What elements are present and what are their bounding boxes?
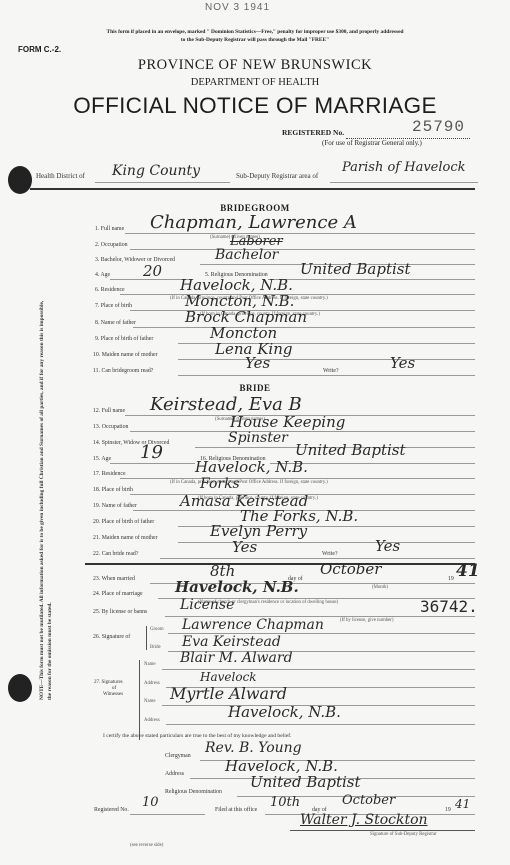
bride-father-birthplace-label: 20. Place of birth of father <box>93 519 154 525</box>
filing-registered-no-value: 10 <box>142 795 159 810</box>
witness2-address-label: Address <box>144 718 160 723</box>
residence-sublabel: (If in Canada, province, county and Post… <box>170 480 328 485</box>
witnesses-label: 27. Signatures <box>94 680 123 685</box>
clergyman-address-label: Address <box>165 771 184 777</box>
groom-age-label: 4. Age <box>95 272 110 278</box>
bride-residence-label: 17. Residence <box>93 471 126 477</box>
witness2-name-label: Name <box>144 699 155 704</box>
marriage-notice-document: NOV 3 1941 This form if placed in an env… <box>0 0 510 865</box>
groom-birthplace-label: 7. Place of birth <box>95 303 132 309</box>
bride-father-name-label: 19. Name of father <box>93 503 137 509</box>
health-district-line <box>95 182 230 183</box>
license-or-banns-label: 25. By license or banns <box>93 609 147 615</box>
postal-notice-line-2: to the Sub-Deputy Registrar will pass th… <box>10 36 500 44</box>
field-line <box>130 249 475 250</box>
field-line <box>178 375 475 376</box>
groom-full-name-label: 1. Full name <box>95 226 124 232</box>
bride-residence-value: Havelock, N.B. <box>195 458 308 476</box>
bride-can-write-value: Yes <box>375 537 400 555</box>
groom-marital-status-label: 3. Bachelor, Widower or Divorced <box>95 257 175 263</box>
field-line <box>268 279 475 280</box>
received-date-stamp: NOV 3 1941 <box>205 2 270 13</box>
bride-signature: Eva Keirstead <box>182 634 281 650</box>
field-line <box>110 463 195 464</box>
bride-full-name-label: 12. Full name <box>93 408 125 414</box>
witness2-name: Myrtle Alward <box>170 684 287 703</box>
groom-father-name-label: 8. Name of father <box>95 320 136 326</box>
groom-can-write-value: Yes <box>390 354 415 372</box>
bride-age-label: 15. Age <box>93 456 111 462</box>
witnesses-label-witnesses: Witnesses <box>103 692 123 697</box>
certification-statement: I certify the above stated particulars a… <box>103 733 292 739</box>
when-married-year: 41 <box>456 561 480 581</box>
document-title: OFFICIAL NOTICE OF MARRIAGE <box>0 93 510 119</box>
health-district-value: King County <box>112 163 200 179</box>
bride-religion-value: United Baptist <box>295 441 406 459</box>
place-of-marriage-value: Havelock, N.B. <box>175 578 299 596</box>
year-prefix: 19 <box>448 576 454 582</box>
signature-of-label: 26. Signature of <box>93 634 130 640</box>
witness1-address-label: Address <box>144 681 160 686</box>
groom-mother-maiden-label: 10. Maiden name of mother <box>93 352 158 358</box>
field-line <box>130 814 205 815</box>
form-number: FORM C.-2. <box>18 45 61 54</box>
field-line <box>120 294 475 295</box>
license-number: 36742. <box>420 597 478 616</box>
field-line <box>178 542 475 543</box>
clergyman-denomination: United Baptist <box>250 773 361 791</box>
bride-mother-maiden-value: Evelyn Perry <box>210 522 307 540</box>
witness1-name-label: Name <box>144 662 155 667</box>
punch-hole-top <box>8 166 32 194</box>
bride-can-read-value: Yes <box>232 538 257 556</box>
health-district-label: Health District of <box>36 172 85 180</box>
witness1-name: Blair M. Alward <box>180 650 293 666</box>
registered-no-value: 25790 <box>412 118 465 136</box>
bride-can-write-label: Write? <box>322 551 338 557</box>
registrar-signature-label: Signature of Sub-Deputy Registrar <box>370 832 437 837</box>
sub-deputy-area-label: Sub-Deputy Registrar area of <box>236 172 318 180</box>
bride-occupation-value: House Keeping <box>230 413 345 431</box>
bride-mother-maiden-label: 21. Maiden name of mother <box>93 535 158 541</box>
bride-can-read-label: 22. Can bride read? <box>93 551 138 557</box>
groom-residence-label: 6. Residence <box>95 287 125 293</box>
field-line <box>166 724 475 725</box>
bride-birthplace-value: Forks <box>200 476 240 492</box>
clergyman-label: Clergyman <box>165 753 191 759</box>
witnesses-label-of: of <box>112 686 116 691</box>
field-line <box>160 558 475 559</box>
field-line <box>178 359 475 360</box>
filed-day: 10th <box>270 795 300 810</box>
groom-religion-value: United Baptist <box>300 260 411 278</box>
clergyman-denomination-label: Religious Denomination <box>165 789 222 795</box>
filed-at-label: Filed at this office <box>215 807 257 813</box>
bride-section-title: BRIDE <box>0 383 510 393</box>
registrar-signature-line <box>290 830 475 831</box>
groom-can-read-label: 11. Can bridegroom read? <box>93 368 153 374</box>
department-heading: DEPARTMENT OF HEALTH <box>0 77 510 88</box>
postal-notice-line-1: This form if placed in an envelope, mark… <box>10 28 500 36</box>
bride-divider <box>85 563 475 565</box>
witness-bracket <box>139 660 140 740</box>
witness1-address: Havelock <box>200 670 257 684</box>
sub-deputy-area-line <box>330 182 478 183</box>
bride-signature-label: Bride <box>150 645 161 650</box>
field-line <box>133 327 475 328</box>
license-or-banns-value: License <box>180 597 234 613</box>
bride-marital-status-value: Spinster <box>228 430 288 446</box>
when-married-label: 23. When married <box>93 576 135 582</box>
footer-code: (see reverse side) <box>130 843 163 848</box>
province-heading: PROVINCE OF NEW BRUNSWICK <box>0 57 510 74</box>
field-line <box>130 431 475 432</box>
bride-birthplace-label: 18. Place of birth <box>93 487 133 493</box>
groom-signature-label: Groom <box>150 627 164 632</box>
place-of-marriage-label: 24. Place of marriage <box>93 591 143 597</box>
groom-full-name-value: Chapman, Lawrence A <box>150 212 357 233</box>
field-line <box>125 233 475 234</box>
sub-deputy-area-value: Parish of Havelock <box>342 160 466 175</box>
signature-bracket <box>146 626 147 650</box>
side-note-vertical: NOTE—This form must not be mutilated. Al… <box>38 300 54 700</box>
month-sublabel: (Month) <box>372 585 388 590</box>
clergyman-signature: Rev. B. Young <box>205 740 302 756</box>
groom-can-read-value: Yes <box>245 354 270 372</box>
groom-father-birthplace-label: 9. Place of birth of father <box>95 336 153 342</box>
filing-registered-no-label: Registered No. <box>94 807 129 813</box>
bride-full-name-value: Keirstead, Eva B <box>150 394 302 415</box>
groom-signature: Lawrence Chapman <box>182 617 324 633</box>
filed-month: October <box>342 793 395 808</box>
district-divider <box>30 188 475 190</box>
filed-year: 41 <box>455 797 470 811</box>
filed-year-prefix: 19 <box>445 807 451 813</box>
registered-no-label: REGISTERED No. <box>282 128 344 137</box>
when-married-month: October <box>320 560 381 578</box>
field-line <box>120 478 475 479</box>
license-sublabel: (If by license, give number) <box>340 618 393 623</box>
groom-can-write-label: Write? <box>323 368 339 374</box>
witness2-address: Havelock, N.B. <box>228 703 341 721</box>
registrar-signature: Walter J. Stockton <box>300 812 428 828</box>
bride-age-value: 19 <box>140 442 163 463</box>
groom-occupation-label: 2. Occupation <box>95 242 128 248</box>
groom-marital-status-value: Bachelor <box>215 247 278 263</box>
registered-no-note: (For use of Registrar General only.) <box>322 139 422 147</box>
bride-occupation-label: 13. Occupation <box>93 424 128 430</box>
punch-hole-bottom <box>8 674 32 702</box>
groom-age-value: 20 <box>143 262 162 280</box>
